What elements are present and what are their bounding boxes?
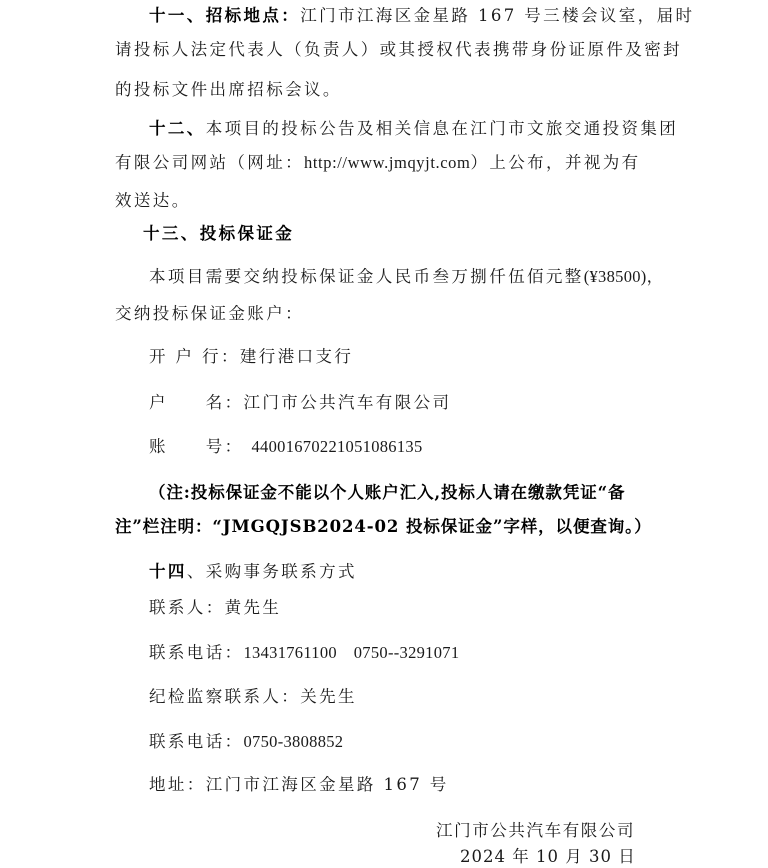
s12-text-1: 本项目的投标公告及相关信息在江门市文旅交通投资集团 xyxy=(206,119,679,138)
s12-heading: 十二、 xyxy=(149,119,206,138)
inspect-phone-label: 联系电话： xyxy=(149,732,244,751)
account-name-label: 户 名： xyxy=(149,393,244,412)
address-row: 地址：江门市江海区金星路 167 号 xyxy=(149,774,449,796)
deposit-note-line2: 注”栏注明：“JMGQJSB2024-02 投标保证金”字样，以便查询。） xyxy=(115,516,652,538)
s12-text-3: 效送达。 xyxy=(115,191,191,210)
s12-line1: 十二、本项目的投标公告及相关信息在江门市文旅交通投资集团 xyxy=(149,118,678,140)
account-number-row: 账 号：44001670221051086135 xyxy=(149,436,423,458)
s11-text-1: 江门市江海区金星路 167 号三楼会议室，届时 xyxy=(300,6,694,25)
account-name-value: 江门市公共汽车有限公司 xyxy=(244,393,452,412)
inspect-contact-value: 关先生 xyxy=(300,687,357,706)
s11-text-2: 请投标人法定代表人（负责人）或其授权代表携带身份证原件及密封 xyxy=(115,40,682,59)
signature-company: 江门市公共汽车有限公司 xyxy=(436,820,635,842)
account-name-row: 户 名：江门市公共汽车有限公司 xyxy=(149,392,451,414)
account-bank-row: 开 户 行：建行港口支行 xyxy=(149,346,353,368)
s11-text-3: 的投标文件出席招标会议。 xyxy=(115,80,342,99)
account-bank-label: 开 户 行： xyxy=(149,347,240,366)
s14-heading-number: 十四 xyxy=(149,562,187,581)
deposit-note-line1: （注:投标保证金不能以个人账户汇入,投标人请在缴款凭证“备 xyxy=(149,482,625,504)
contact-row: 联系人：黄先生 xyxy=(149,597,281,619)
s14-heading: 十四、采购事务联系方式 xyxy=(149,561,357,583)
phone-value: 13431761100 0750--3291071 xyxy=(244,643,460,662)
inspect-phone-row: 联系电话：0750-3808852 xyxy=(149,731,343,753)
s13-para-line1: 本项目需要交纳投标保证金人民币叁万捌仟伍佰元整(¥38500)， xyxy=(149,266,663,288)
s11-line1: 十一、招标地点：江门市江海区金星路 167 号三楼会议室，届时 xyxy=(149,5,694,27)
s12-line2: 有限公司网站（网址：http://www.jmqyjt.com）上公布，并视为有 xyxy=(115,152,641,174)
phone-row: 联系电话：13431761100 0750--3291071 xyxy=(149,642,459,664)
account-number-value: 44001670221051086135 xyxy=(252,437,423,456)
s13-heading: 十三、投标保证金 xyxy=(143,223,294,245)
s12-text-2b: ）上公布，并视为有 xyxy=(470,153,640,172)
account-number-label: 账 号： xyxy=(149,437,244,456)
inspect-phone-value: 0750-3808852 xyxy=(244,732,344,751)
signature-date: 2024 年 10 月 30 日 xyxy=(460,846,636,868)
s13-para-line2: 交纳投标保证金账户： xyxy=(115,303,304,325)
inspect-contact-row: 纪检监察联系人：关先生 xyxy=(149,686,357,708)
s14-heading-text: 、采购事务联系方式 xyxy=(187,562,357,581)
deposit-amount: (¥38500)， xyxy=(584,267,664,286)
s13-para-text: 本项目需要交纳投标保证金人民币叁万捌仟伍佰元整 xyxy=(149,267,584,286)
s11-line2: 请投标人法定代表人（负责人）或其授权代表携带身份证原件及密封 xyxy=(115,39,682,61)
s11-heading: 十一、招标地点： xyxy=(149,6,300,25)
contact-label: 联系人： xyxy=(149,598,225,617)
s12-text-2a: 有限公司网站（网址： xyxy=(115,153,304,172)
phone-label: 联系电话： xyxy=(149,643,244,662)
address-value: 江门市江海区金星路 167 号 xyxy=(206,775,449,794)
address-label: 地址： xyxy=(149,775,206,794)
s11-line3: 的投标文件出席招标会议。 xyxy=(115,79,342,101)
website-url[interactable]: http://www.jmqyjt.com xyxy=(304,153,470,172)
s13-para-text-2: 交纳投标保证金账户： xyxy=(115,304,304,323)
contact-value: 黄先生 xyxy=(225,598,282,617)
account-bank-value: 建行港口支行 xyxy=(240,347,353,366)
s12-line3: 效送达。 xyxy=(115,190,191,212)
inspect-contact-label: 纪检监察联系人： xyxy=(149,687,300,706)
